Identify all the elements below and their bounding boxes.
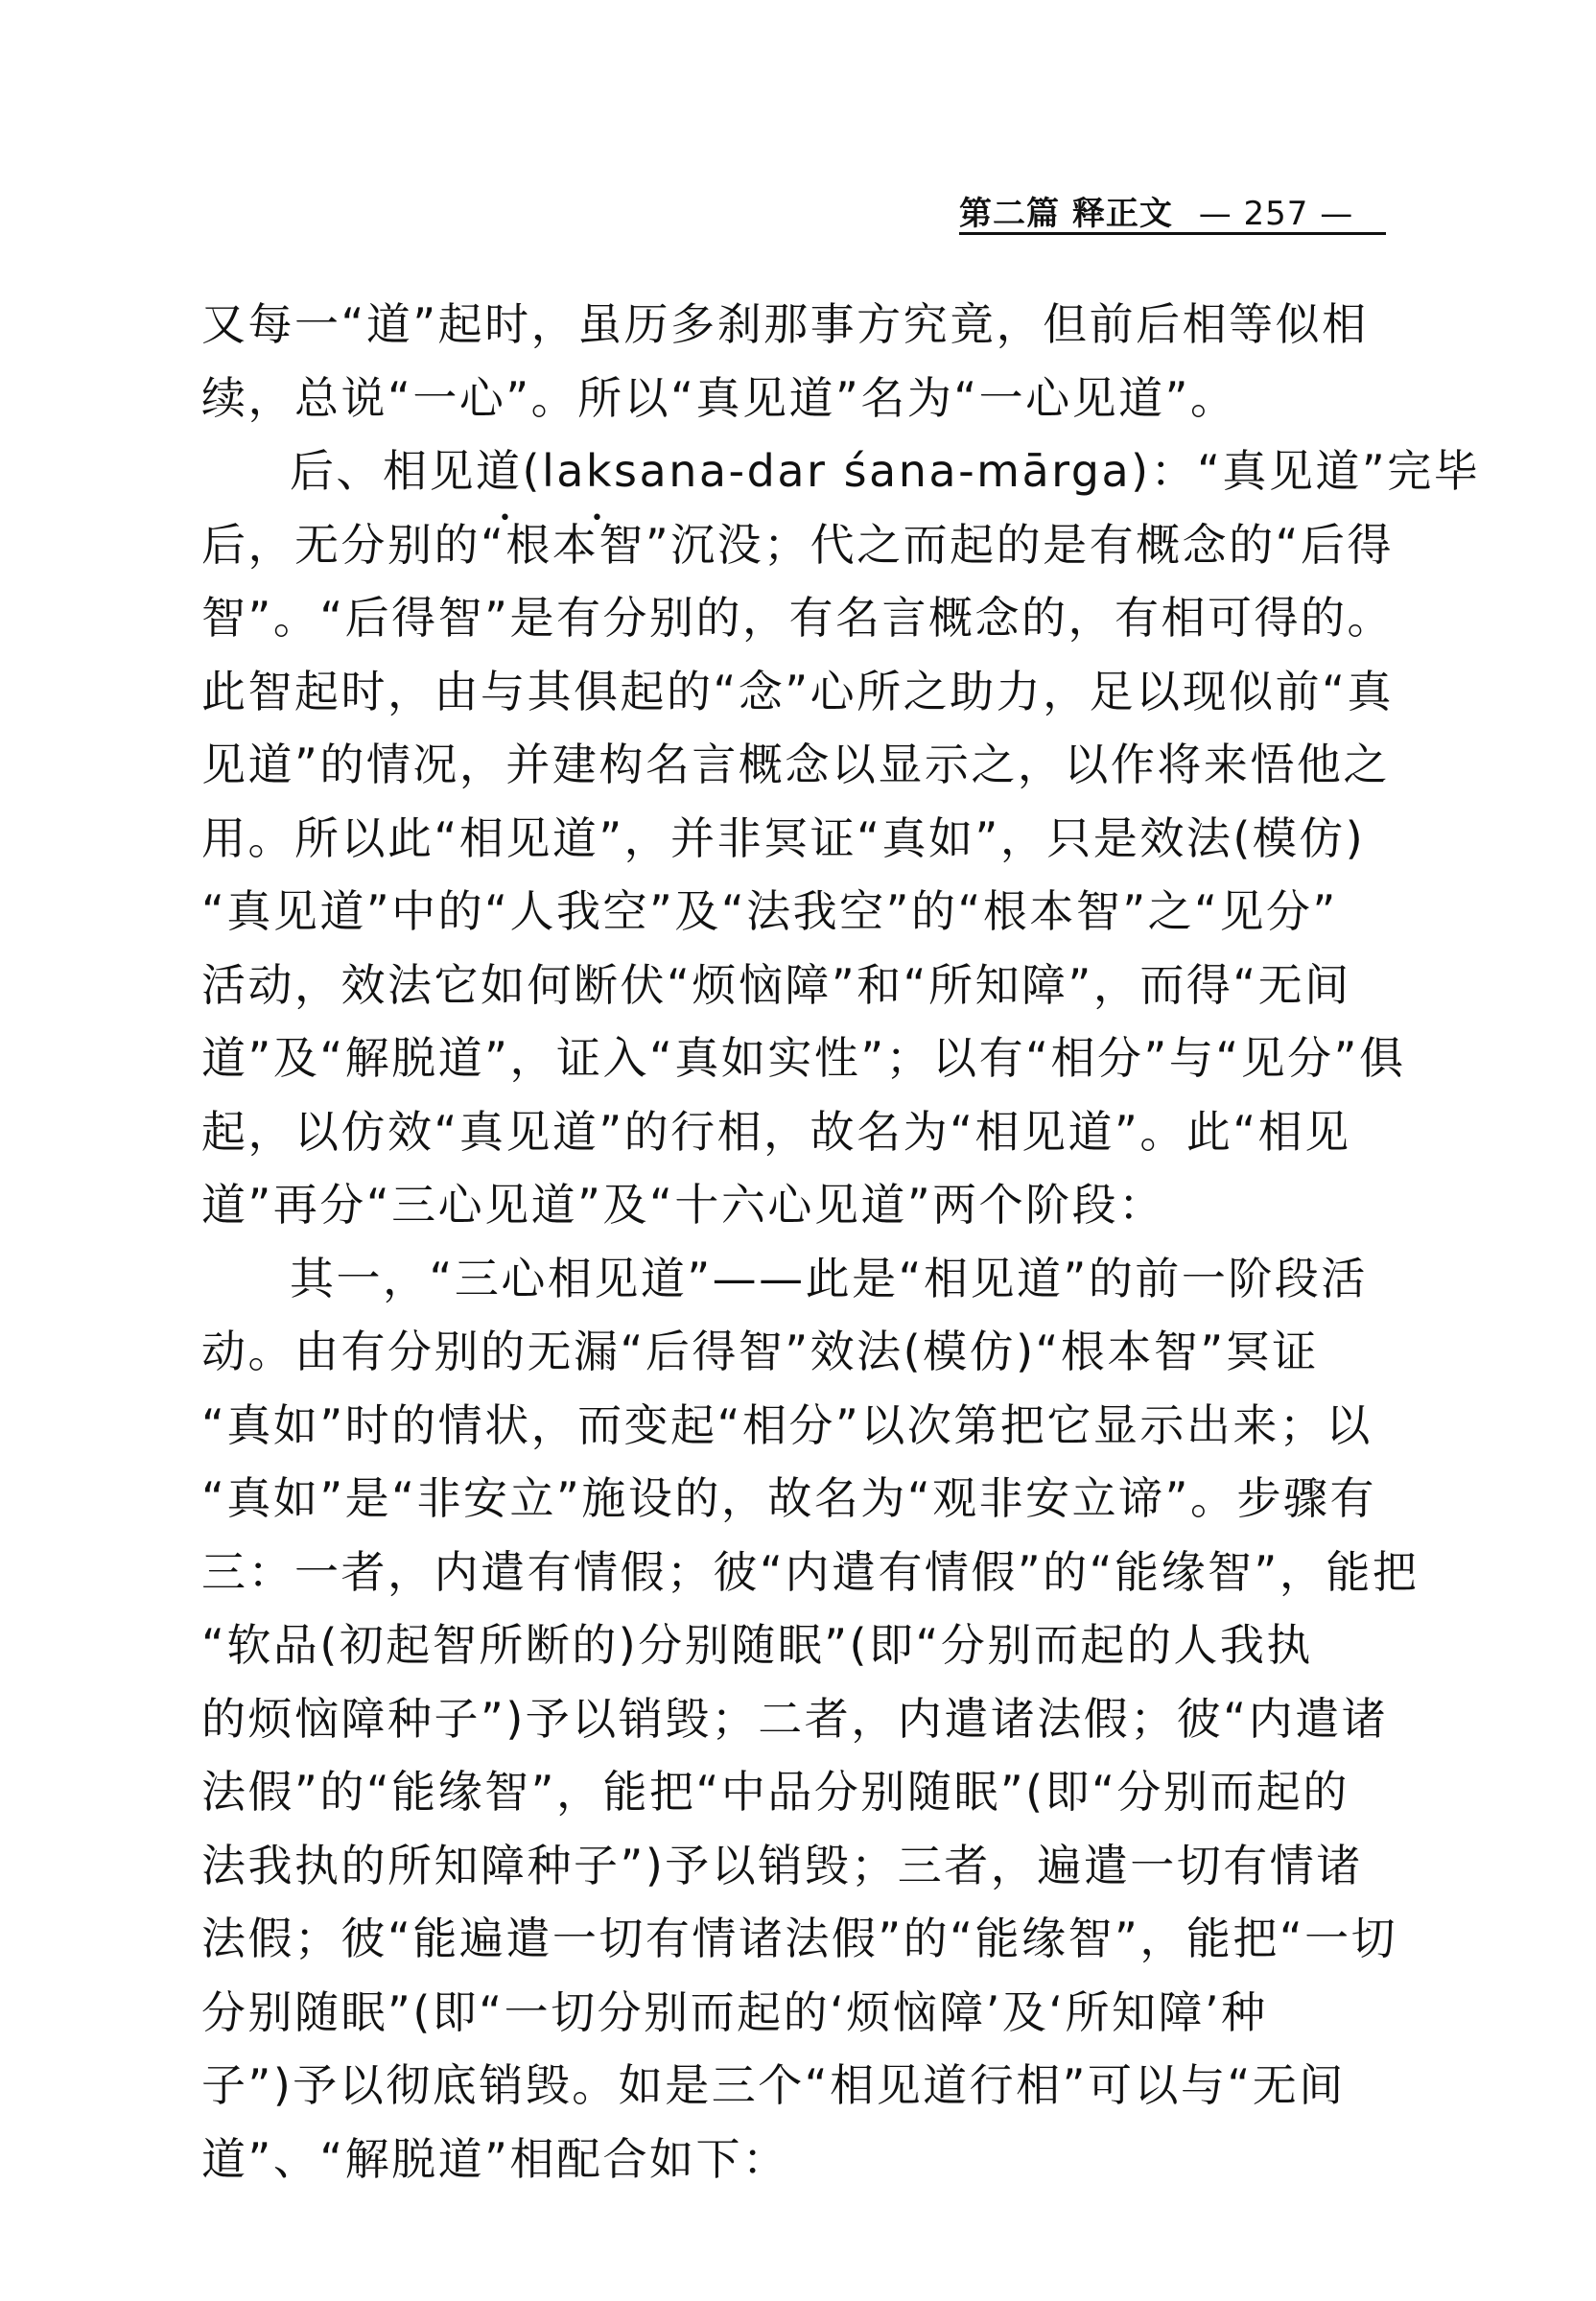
text-line: 子”)予以彻底销毁。如是三个“相见道行相”可以与“无间 (201, 2049, 1400, 2123)
text-line: 道”再分“三心见道”及“十六心见道”两个阶段： (201, 1168, 1400, 1242)
text-line: 道”及“解脱道”，证入“真如实性”；以有“相分”与“见分”俱 (201, 1021, 1400, 1095)
text-line: “真如”是“非安立”施设的，故名为“观非安立谛”。步骤有 (201, 1462, 1400, 1536)
text-line: 此智起时，由与其俱起的“念”心所之助力，足以现似前“真 (201, 655, 1400, 729)
running-header: 第二篇 释正文 — 257 — (959, 187, 1391, 235)
text-line: 三：一者，内遣有情假；彼“内遣有情假”的“能缘智”，能把 (201, 1536, 1400, 1609)
text-line: 续，总说“一心”。所以“真见道”名为“一心见道”。 (201, 362, 1400, 435)
text-line: 道”、“解脱道”相配合如下： (201, 2123, 1400, 2196)
diacritic-dots: • • (499, 506, 640, 530)
text-line: 法假；彼“能遍遣一切有情诸法假”的“能缘智”，能把“一切 (201, 1902, 1400, 1976)
text-line: “真如”时的情状，而变起“相分”以次第把它显示出来；以 (201, 1389, 1400, 1463)
body-text: 又每一“道”起时，虽历多刹那事方究竟，但前后相等似相 续，总说“一心”。所以“真… (201, 288, 1400, 2195)
text-line: 智”。“后得智”是有分别的，有名言概念的，有相可得的。 (201, 581, 1400, 655)
text-line: 动。由有分别的无漏“后得智”效法(模仿)“根本智”冥证 (201, 1315, 1400, 1389)
text-line: 又每一“道”起时，虽历多刹那事方究竟，但前后相等似相 (201, 288, 1400, 362)
text-line: 后，无分别的“根本智”沉没；代之而起的是有概念的“后得 (201, 508, 1400, 582)
section-title: 第二篇 释正文 (959, 195, 1173, 233)
text-line: 的烦恼障种子”)予以销毁；二者，内遣诸法假；彼“内遣诸 (201, 1682, 1400, 1756)
text-line: 见道”的情况，并建构名言概念以显示之，以作将来悟他之 (201, 728, 1400, 802)
paragraph-start-line: 其一，“三心相见道”——此是“相见道”的前一阶段活 (201, 1242, 1400, 1316)
header-rule (959, 232, 1386, 235)
text-line: “软品(初起智所断的)分别随眠”(即“分别而起的人我执 (201, 1608, 1400, 1682)
text-line: 法我执的所知障种子”)予以销毁；三者，遍遣一切有情诸 (201, 1829, 1400, 1903)
text-line: 分别随眠”(即“一切分别而起的‘烦恼障’及‘所知障’种 (201, 1976, 1400, 2050)
text-line: 活动，效法它如何断伏“烦恼障”和“所知障”，而得“无间 (201, 949, 1400, 1022)
page-number: — 257 — (1199, 195, 1354, 233)
text-line: 起，以仿效“真见道”的行相，故名为“相见道”。此“相见 (201, 1095, 1400, 1169)
text-line: 法假”的“能缘智”，能把“中品分别随眠”(即“分别而起的 (201, 1755, 1400, 1829)
paragraph-start-line: 后、相见道(laksana-dar śana-mārga)：“真见道”完毕 (201, 434, 1400, 508)
text-line: 用。所以此“相见道”，并非冥证“真如”，只是效法(模仿) (201, 802, 1400, 876)
text-line: “真见道”中的“人我空”及“法我空”的“根本智”之“见分” (201, 875, 1400, 949)
